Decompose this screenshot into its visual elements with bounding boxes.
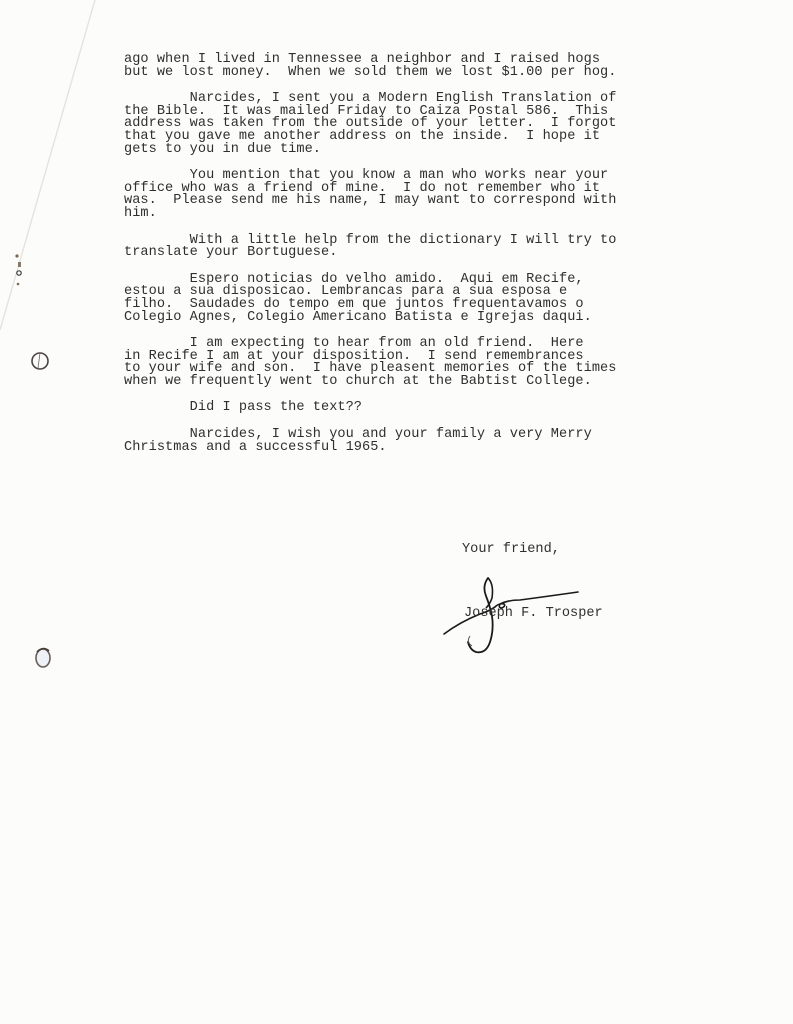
letter-body: ago when I lived in Tennessee a neighbor… — [124, 54, 724, 468]
letter-paragraph: Narcides, I wish you and your family a v… — [124, 429, 724, 454]
punch-hole-top — [30, 350, 50, 372]
punch-hole-bottom — [33, 646, 53, 668]
text-line: him. — [124, 208, 724, 221]
letter-paragraph: You mention that you know a man who work… — [124, 170, 724, 220]
text-line: Colegio Agnes, Colegio Americano Batista… — [124, 312, 724, 325]
closing-salutation: Your friend, — [462, 542, 560, 557]
signer-name: Joseph F. Trosper — [464, 606, 603, 621]
text-line: was. Please send me his name, I may want… — [124, 195, 724, 208]
text-line: gets to you in due time. — [124, 144, 724, 157]
letter-paragraph: ago when I lived in Tennessee a neighbor… — [124, 54, 724, 79]
letter-paragraph: Narcides, I sent you a Modern English Tr… — [124, 93, 724, 156]
text-line: Christmas and a successful 1965. — [124, 442, 724, 455]
text-line: when we frequently went to church at the… — [124, 376, 724, 389]
scan-debris-marks — [6, 248, 26, 298]
text-line: but we lost money. When we sold them we … — [124, 67, 724, 80]
letter-paragraph: I am expecting to hear from an old frien… — [124, 338, 724, 388]
letter-paragraph: Did I pass the text?? — [124, 402, 724, 415]
letter-paragraph: Espero noticias do velho amido. Aqui em … — [124, 274, 724, 324]
text-line: translate your Bortuguese. — [124, 247, 724, 260]
text-line: Did I pass the text?? — [124, 402, 724, 415]
letter-paragraph: With a little help from the dictionary I… — [124, 235, 724, 260]
